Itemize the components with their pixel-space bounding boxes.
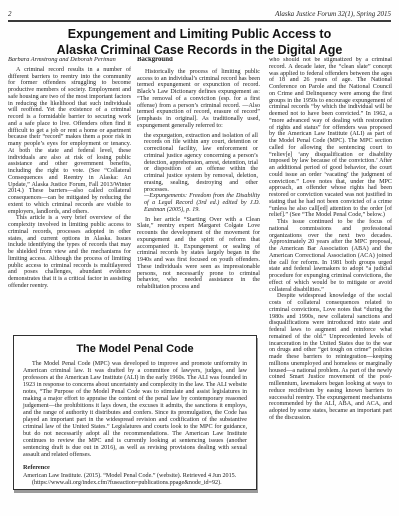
- column-left: Barbara Armstrong and Deborah Periman A …: [8, 57, 131, 331]
- paragraph: A criminal record results in a number of…: [8, 67, 131, 216]
- paragraph: Historically the process of limiting pub…: [137, 69, 260, 130]
- paragraph: This article is a very brief overview of…: [8, 215, 131, 289]
- page-number: 2: [8, 10, 12, 18]
- box-body: The Model Penal Code (MPC) was developed…: [23, 361, 247, 459]
- journal-title: Alaska Justice Forum 32(1), Spring 2015: [275, 10, 391, 18]
- byline: Barbara Armstrong and Deborah Periman: [8, 57, 131, 64]
- box-title: The Model Penal Code: [23, 343, 247, 355]
- blockquote: the expurgation, extraction and isolatio…: [144, 133, 260, 194]
- article-title-line1: Expungement and Limiting Public Access t…: [0, 26, 399, 42]
- header-rule: [8, 20, 391, 22]
- reference-heading: Reference: [23, 464, 247, 471]
- article-title-line2: Alaska Criminal Case Records in the Digi…: [0, 42, 399, 58]
- journal-page: 2 Alaska Justice Forum 32(1), Spring 201…: [0, 0, 399, 516]
- blockquote-attribution: —Expungements: Freedom from the Disabili…: [144, 193, 260, 213]
- paragraph: who should not be stigmatized by a crimi…: [269, 57, 392, 219]
- column-middle: Background Historically the process of l…: [137, 57, 260, 331]
- article-title: Expungement and Limiting Public Access t…: [0, 26, 399, 58]
- paragraph: Despite widespread knowledge of the soci…: [269, 293, 392, 421]
- model-penal-code-box: The Model Penal Code The Model Penal Cod…: [13, 335, 257, 490]
- column-right: who should not be stigmatized by a crimi…: [269, 57, 392, 505]
- section-heading-background: Background: [137, 57, 260, 64]
- paragraph: In her article “Starting Over with a Cle…: [137, 217, 260, 291]
- paragraph: This issue continued to be the focus of …: [269, 219, 392, 293]
- reference-entry: American Law Institute. (2015). “Model P…: [23, 473, 247, 487]
- page-header: 2 Alaska Justice Forum 32(1), Spring 201…: [8, 5, 391, 18]
